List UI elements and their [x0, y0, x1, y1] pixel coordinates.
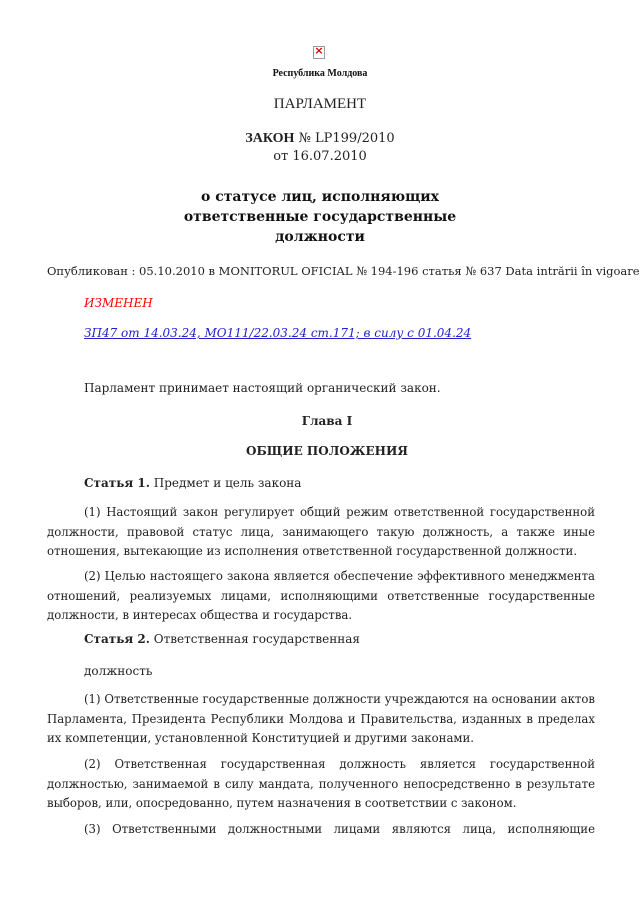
issuing-body: ПАРЛАМЕНТ	[0, 96, 640, 113]
article-title: Предмет и цель закона	[154, 476, 302, 490]
law-title-line: должности	[0, 227, 640, 247]
article-1-heading: Статья 1. Предмет и цель закона	[84, 476, 301, 490]
article-2-heading-continued: должность	[84, 664, 152, 678]
law-title-line: о статусе лиц, исполняющих	[0, 187, 640, 207]
article-label: Статья 2.	[84, 632, 150, 646]
article-2-heading: Статья 2. Ответственная государственная	[84, 632, 360, 646]
article-1-paragraph-2: (2) Целью настоящего закона является обе…	[47, 567, 595, 626]
amendment-status: ИЗМЕНЕН	[84, 296, 153, 310]
article-title: Ответственная государственная	[154, 632, 360, 646]
article-1-paragraph-1: (1) Настоящий закон регулирует общий реж…	[47, 503, 595, 562]
article-2-paragraph-3: (3) Ответственными должностными лицами я…	[47, 820, 595, 840]
law-number-line: ЗАКОН № LP199/2010	[0, 131, 640, 147]
article-2-paragraph-2: (2) Ответственная государственная должно…	[47, 755, 595, 814]
publication-info: Опубликован : 05.10.2010 в MONITORUL OFI…	[47, 264, 627, 278]
amendment-link[interactable]: ЗП47 от 14.03.24, МО111/22.03.24 ст.171;…	[84, 326, 471, 340]
law-title: о статусе лиц, исполняющих ответственные…	[0, 187, 640, 247]
law-number: № LP199/2010	[299, 131, 395, 146]
article-2-paragraph-1: (1) Ответственные государственные должно…	[47, 690, 595, 749]
chapter-number: Глава I	[0, 414, 640, 428]
broken-image-icon	[313, 46, 325, 59]
chapter-title: ОБЩИЕ ПОЛОЖЕНИЯ	[0, 444, 640, 458]
law-date: от 16.07.2010	[0, 149, 640, 164]
law-title-line: ответственные государственные	[0, 207, 640, 227]
article-label: Статья 1.	[84, 476, 150, 490]
intro-text: Парламент принимает настоящий органическ…	[84, 381, 441, 395]
country-name: Республика Молдова	[0, 68, 640, 79]
law-label: ЗАКОН	[245, 131, 294, 146]
